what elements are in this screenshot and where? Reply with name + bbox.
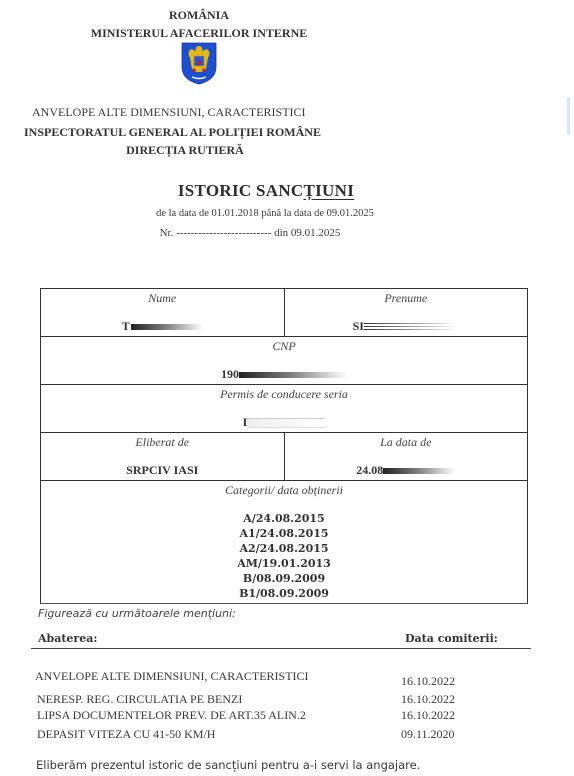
cnp-value: 190	[41, 367, 527, 382]
offense-description: NERESP. REG. CIRCULATIA PE BENZI	[37, 692, 242, 707]
subject-line: ANVELOPE ALTE DIMENSIUNI, CARACTERISTICI	[32, 105, 306, 120]
name-row: Nume T Prenume SI	[41, 289, 527, 337]
license-cell: Permis de conducere seria I	[41, 385, 527, 432]
offense-description: DEPASIT VITEZA CU 41-50 KM/H	[37, 727, 215, 742]
category-item: AM/19.01.2013	[41, 556, 527, 571]
categories-list: A/24.08.2015 A1/24.08.2015 A2/24.08.2015…	[41, 511, 527, 601]
category-item: A/24.08.2015	[41, 511, 527, 526]
issue-date-label: La data de	[285, 433, 528, 450]
offense-description: LIPSA DOCUMENTELOR PREV. DE ART.35 ALIN.…	[37, 708, 306, 723]
issue-date-value: 24.08	[285, 463, 528, 478]
category-item: B1/08.09.2009	[41, 586, 527, 601]
license-value: I	[41, 415, 527, 430]
last-name-text: T	[122, 319, 130, 333]
redaction-bar	[247, 418, 325, 428]
redaction-bar	[383, 468, 455, 474]
redaction-bar	[131, 324, 203, 330]
offense-date: 16.10.2022	[401, 708, 455, 723]
personal-data-table: Nume T Prenume SI CNP 190 Permis de cond…	[40, 288, 528, 604]
redaction-bar	[239, 372, 347, 378]
issue-date-cell: La data de 24.08	[284, 433, 528, 480]
cnp-label: CNP	[41, 337, 527, 354]
redaction-bar	[364, 323, 459, 332]
offense-column-header: Abaterea:	[38, 632, 97, 645]
first-name-value: SI	[285, 319, 528, 334]
title-text-part2: ȚIUNI	[304, 181, 355, 200]
category-item: A1/24.08.2015	[41, 526, 527, 541]
issue-row: Eliberat de SRPCIV IASI La data de 24.08	[41, 433, 527, 481]
period-range: de la data de 01.01.2018 până la data de…	[0, 208, 530, 219]
issuance-statement: Eliberăm prezentul istoric de sancțiuni …	[36, 758, 420, 772]
cnp-text: 190	[221, 367, 239, 381]
offense-date: 16.10.2022	[401, 692, 455, 707]
document-title: ISTORIC SANCȚIUNI	[0, 181, 532, 201]
license-row: Permis de conducere seria I	[41, 385, 527, 433]
issued-by-cell: Eliberat de SRPCIV IASI	[41, 433, 284, 480]
categories-label: Categorii/ data obținerii	[41, 481, 527, 498]
first-name-label: Prenume	[285, 289, 528, 306]
cnp-cell: CNP 190	[41, 337, 527, 384]
offense-description: ANVELOPE ALTE DIMENSIUNI, CARACTERISTICI	[35, 669, 309, 684]
offense-date: 16.10.2022	[401, 674, 455, 689]
directorate-heading: DIRECȚIA RUTIERĂ	[0, 143, 370, 158]
inspectorate-heading: INSPECTORATUL GENERAL AL POLIȚIEI ROMÂNE	[24, 125, 321, 140]
ministry-heading: MINISTERUL AFACERILOR INTERNE	[0, 26, 398, 41]
issued-by-value: SRPCIV IASI	[41, 463, 284, 478]
category-item: A2/24.08.2015	[41, 541, 527, 556]
offense-date: 09.11.2020	[401, 727, 455, 742]
date-column-header: Data comiterii:	[405, 632, 498, 645]
mentions-intro: Figurează cu următoarele mențiuni:	[38, 607, 236, 620]
last-name-value: T	[41, 319, 284, 334]
categories-cell: Categorii/ data obținerii A/24.08.2015 A…	[41, 481, 527, 603]
first-name-text: SI	[353, 319, 364, 333]
title-text-part1: ISTORIC SANC	[178, 181, 304, 200]
categories-row: Categorii/ data obținerii A/24.08.2015 A…	[41, 481, 527, 603]
last-name-label: Nume	[41, 289, 284, 306]
last-name-cell: Nume T	[41, 289, 284, 336]
cnp-row: CNP 190	[41, 337, 527, 385]
first-name-cell: Prenume SI	[284, 289, 528, 336]
country-heading: ROMÂNIA	[0, 8, 398, 23]
scrollbar[interactable]	[567, 97, 570, 135]
license-label: Permis de conducere seria	[41, 385, 527, 402]
issue-date-text: 24.08	[356, 463, 383, 477]
header-divider	[31, 648, 531, 649]
coat-of-arms-icon	[180, 41, 218, 85]
document-number: Nr. -------------------------- din 09.01…	[0, 227, 500, 239]
category-item: B/08.09.2009	[41, 571, 527, 586]
issued-by-label: Eliberat de	[41, 433, 284, 450]
